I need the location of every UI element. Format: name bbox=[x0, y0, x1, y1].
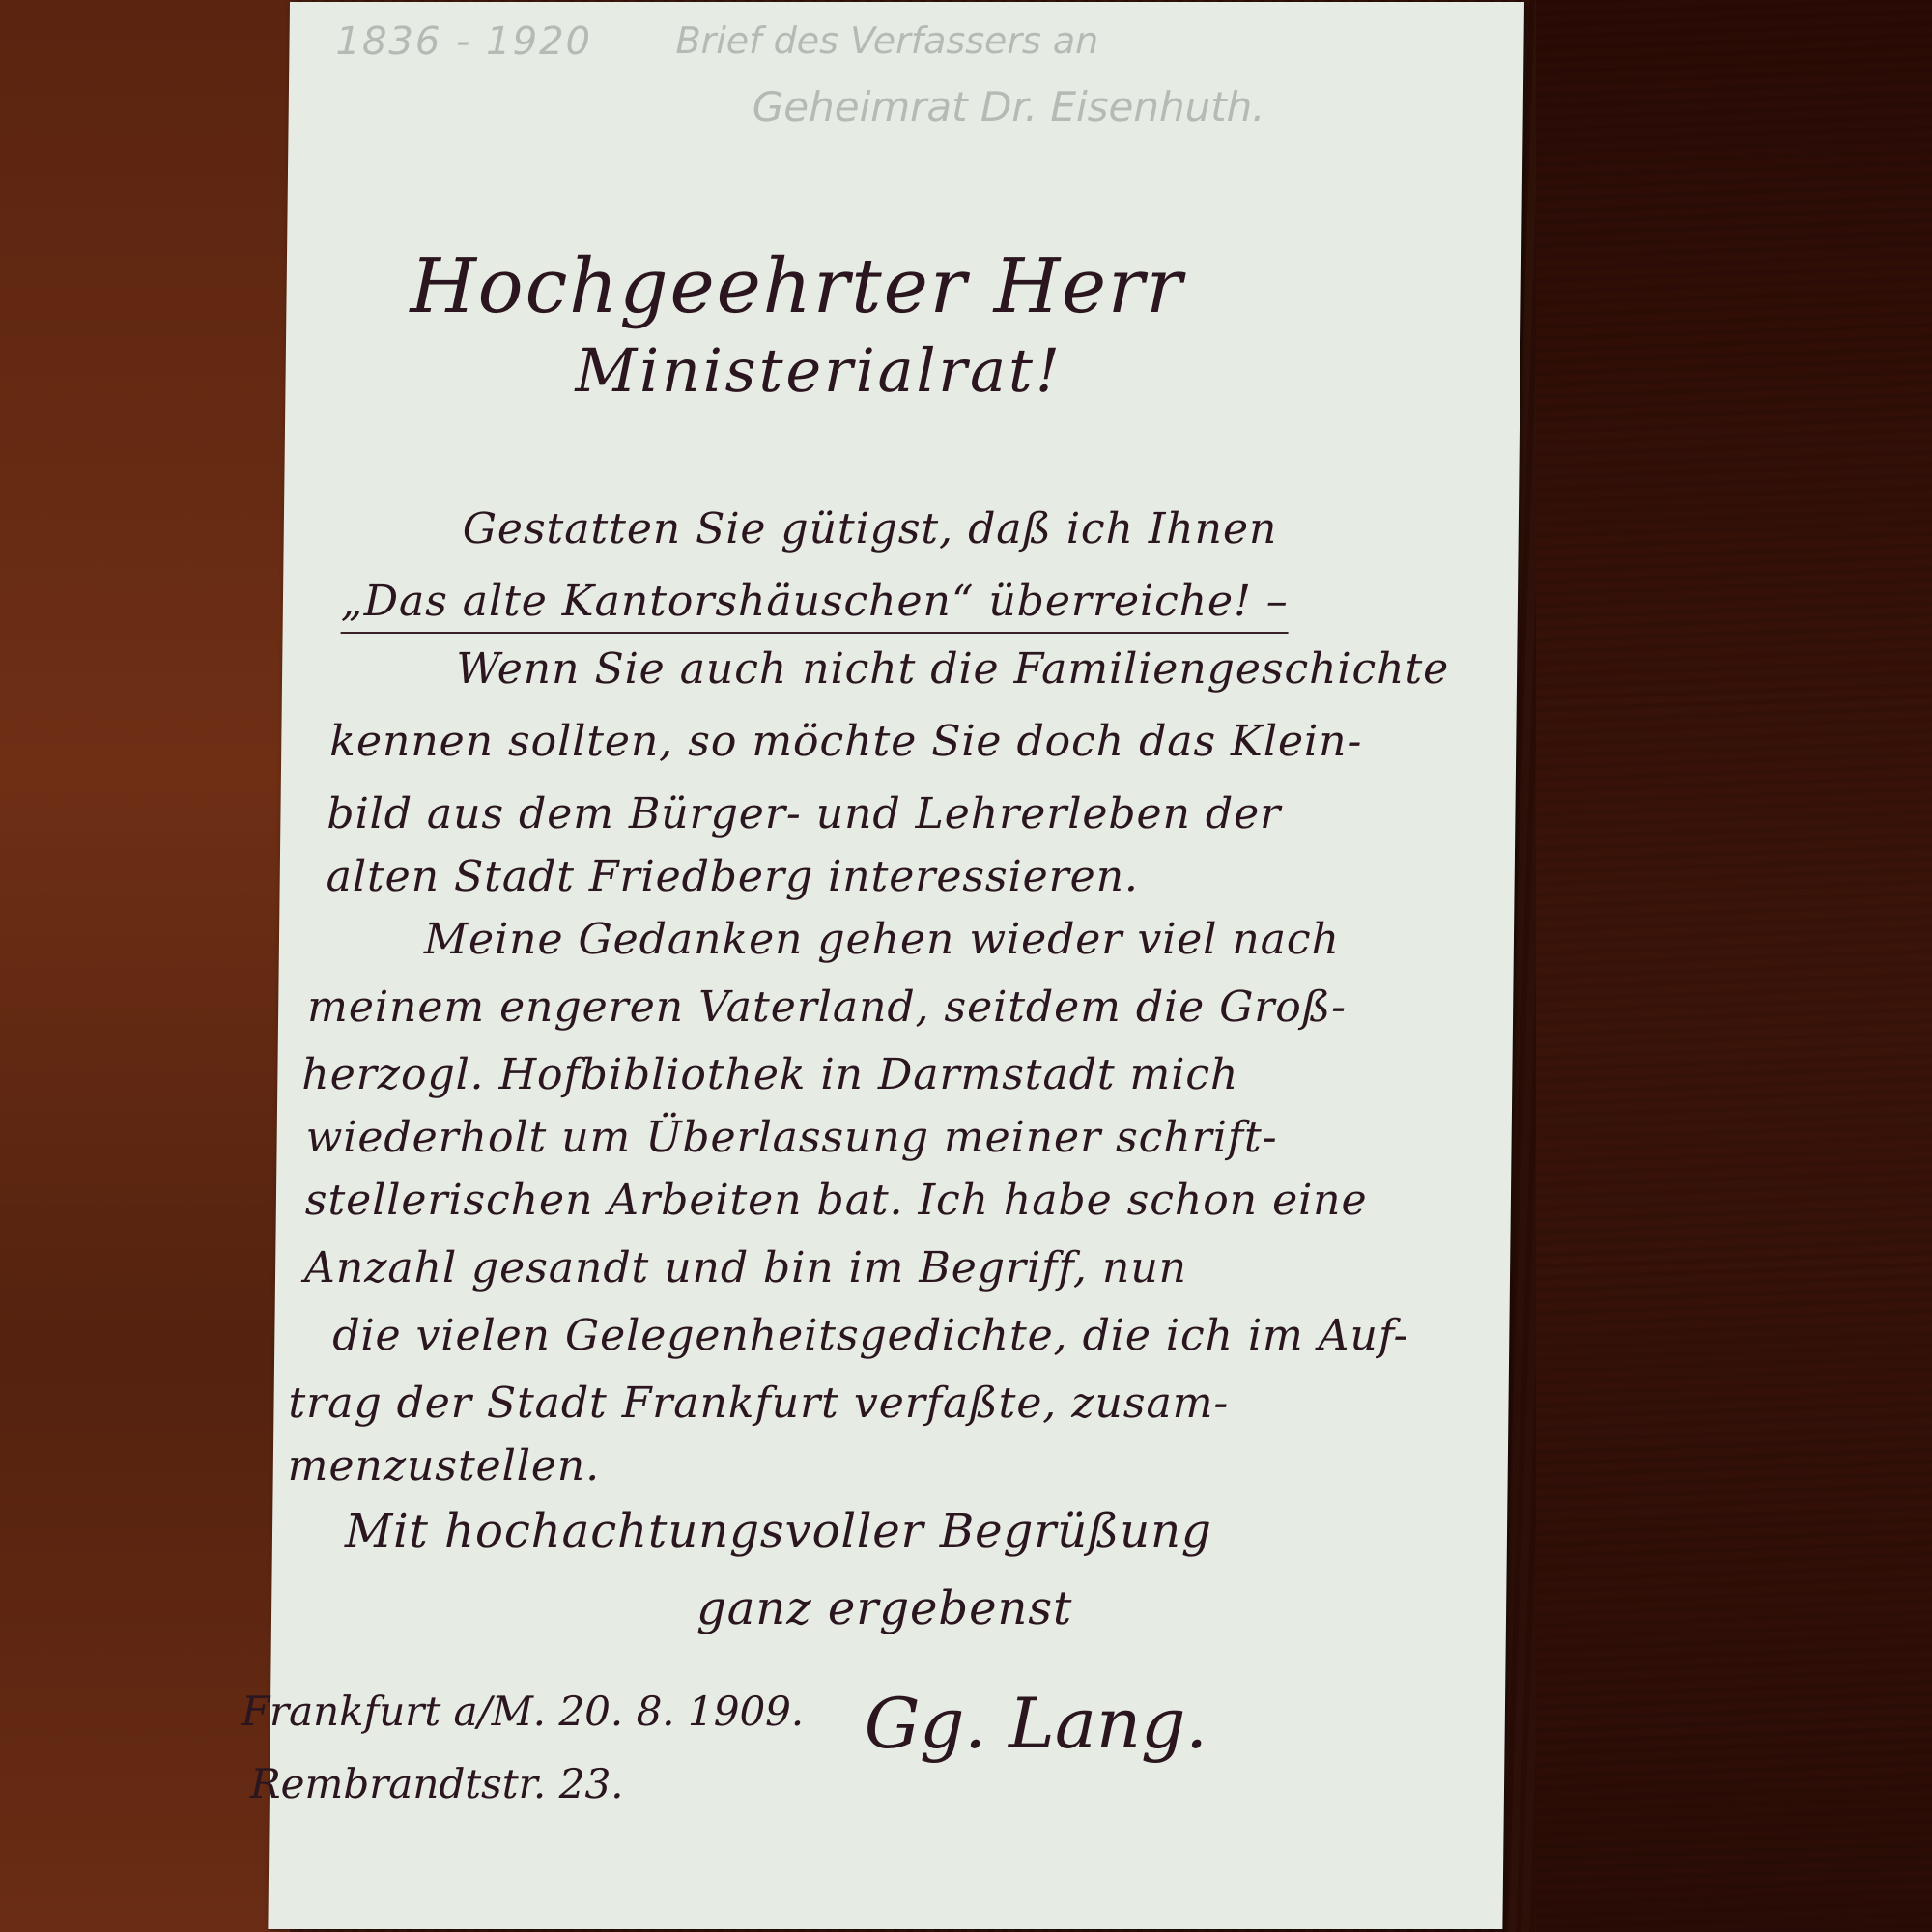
body-line: Meine Gedanken gehen wieder viel nach bbox=[424, 915, 1341, 964]
address: Rembrandtstr. 23. bbox=[250, 1760, 624, 1807]
body-line: bild aus dem Bürger- und Lehrerleben der bbox=[327, 789, 1281, 838]
body-line-title: „Das alte Kantorshäuschen“ überreiche! – bbox=[341, 577, 1289, 626]
body-line: stellerischen Arbeiten bat. Ich habe sch… bbox=[305, 1176, 1368, 1225]
book-title: „Das alte Kantorshäuschen“ überreiche! – bbox=[341, 577, 1290, 634]
body-line: Gestatten Sie gütigst, daß ich Ihnen bbox=[463, 504, 1278, 554]
body-line: wiederholt um Überlassung meiner schrift… bbox=[305, 1113, 1278, 1162]
pencil-note-line1: Brief des Verfassers an bbox=[675, 19, 1098, 62]
body-line: kennen sollten, so möchte Sie doch das K… bbox=[329, 717, 1363, 766]
body-line: alten Stadt Friedberg interessieren. bbox=[326, 852, 1139, 901]
body-line: trag der Stadt Frankfurt verfaßte, zusam… bbox=[288, 1378, 1229, 1428]
body-line: meinem engeren Vaterland, seitdem die Gr… bbox=[307, 982, 1347, 1032]
letter-sheet: 1836 - 1920 Brief des Verfassers an Gehe… bbox=[268, 2, 1524, 1929]
body-line: menzustellen. bbox=[288, 1441, 601, 1491]
closing-line2: ganz ergebenst bbox=[696, 1581, 1073, 1635]
pencil-note-years: 1836 - 1920 bbox=[335, 19, 592, 64]
wooden-desk-right bbox=[1536, 0, 1932, 1932]
body-line: die vielen Gelegenheitsgedichte, die ich… bbox=[332, 1311, 1409, 1360]
wooden-desk-left bbox=[0, 0, 290, 1932]
salutation-line2: Ministerialrat! bbox=[575, 335, 1063, 406]
body-line: herzogl. Hofbibliothek in Darmstadt mich bbox=[301, 1050, 1239, 1099]
place-date: Frankfurt a/M. 20. 8. 1909. bbox=[241, 1688, 805, 1735]
signature: Gg. Lang. bbox=[864, 1683, 1207, 1764]
body-line: Anzahl gesandt und bin im Begriff, nun bbox=[304, 1243, 1188, 1293]
pencil-note-line2: Geheimrat Dr. Eisenhuth. bbox=[752, 83, 1264, 130]
body-line: Wenn Sie auch nicht die Familiengeschich… bbox=[456, 644, 1450, 694]
salutation-line1: Hochgeehrter Herr bbox=[410, 243, 1184, 330]
closing-line1: Mit hochachtungsvoller Begrüßung bbox=[345, 1504, 1212, 1558]
